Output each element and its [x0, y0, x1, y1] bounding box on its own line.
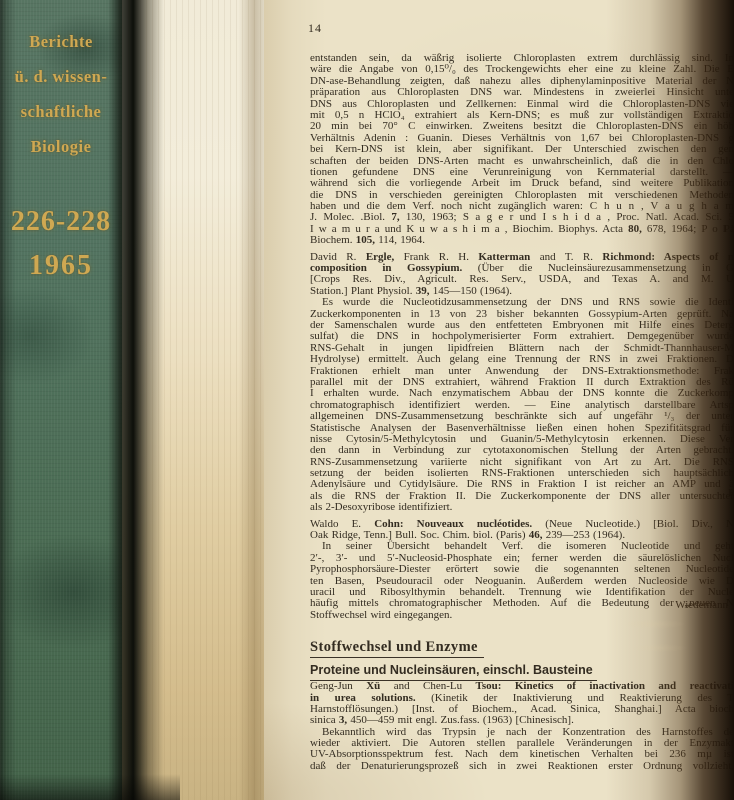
- section-heading-row: Stoffwechsel und Enzyme: [310, 638, 734, 658]
- book-page: 14 entstanden sein, da wäßrig isolierte …: [264, 0, 734, 800]
- text-line: Biochem. 105, 114, 1964.: [310, 235, 734, 246]
- subsection-heading-row: Proteine und Nucleinsäuren, einschl. Bau…: [310, 661, 734, 681]
- text-line: Hydrolyse) ermittelt. Auch gelang eine T…: [310, 354, 734, 365]
- spine-gutter-shadow: [108, 0, 164, 800]
- book-spine: Berichte ü. d. wissen- schaftliche Biolo…: [0, 0, 122, 800]
- spine-volume-number: 226-228: [0, 206, 122, 238]
- page-text-block: entstanden sein, da wäßrig isolierte Chl…: [310, 53, 734, 772]
- text-line: Es wurde die Nucleotidzusammensetzung de…: [310, 297, 734, 308]
- subsection-heading: Proteine und Nucleinsäuren, einschl. Bau…: [310, 662, 597, 681]
- book-photo: Berichte ü. d. wissen- schaftliche Biolo…: [0, 0, 734, 800]
- abstract-paragraph: Geng-Jun Xü and Chen-Lu Tsou: Kinetics o…: [310, 681, 734, 772]
- spine-year: 1965: [0, 250, 122, 282]
- spine-title-line: Berichte: [0, 24, 122, 59]
- text-line: Stoffwechsel wird eingegangen.: [310, 610, 734, 621]
- text-line: während sich die vorliegende Arbeit im D…: [310, 178, 734, 189]
- text-line: den dann in Verbindung zur cytotaxonomis…: [310, 445, 734, 456]
- abstract-paragraph: David R. Ergle, Frank R. H. Katterman an…: [310, 252, 734, 514]
- spine-title-line: ü. d. wissen-: [0, 59, 122, 94]
- text-line: als 2-Desoxyribose identifiziert.: [310, 502, 734, 513]
- spine-title-line: Biologie: [0, 129, 122, 164]
- spine-title-line: schaftliche: [0, 94, 122, 129]
- reviewer-signature: Wiedemann: [675, 600, 728, 611]
- text-line: I erhalten wurde. Nach enzymatischem Abb…: [310, 388, 734, 399]
- reviewer-signature: Parthi: [724, 224, 734, 235]
- text-line: präparation aus Chloroplasten DNS war. M…: [310, 87, 734, 98]
- text-line: Pyrophosphorsäure-Diester erörtert sowie…: [310, 564, 734, 575]
- text-line: bei Kern-DNS ist klein, aber signifikant…: [310, 144, 734, 155]
- abstract-paragraph: Waldo E. Cohn: Nouveaux nucléotides. (Ne…: [310, 519, 734, 622]
- abstract-paragraph: entstanden sein, da wäßrig isolierte Chl…: [310, 53, 734, 247]
- text-line: allgemeinen DNS-Zusammensetzung beschrän…: [310, 411, 734, 422]
- section-heading: Stoffwechsel und Enzyme: [310, 640, 484, 658]
- reviewer-signature: Rupp: [728, 488, 734, 499]
- text-line: daß der Denaturierungsprozeß sich in zwe…: [310, 761, 734, 772]
- bottom-shadow: [0, 774, 180, 800]
- spine-title: Berichte ü. d. wissen- schaftliche Biolo…: [0, 24, 122, 164]
- text-line: sinica 3, 450—459 mit engl. Zus.fass. (1…: [310, 715, 734, 726]
- page-number: 14: [308, 21, 322, 36]
